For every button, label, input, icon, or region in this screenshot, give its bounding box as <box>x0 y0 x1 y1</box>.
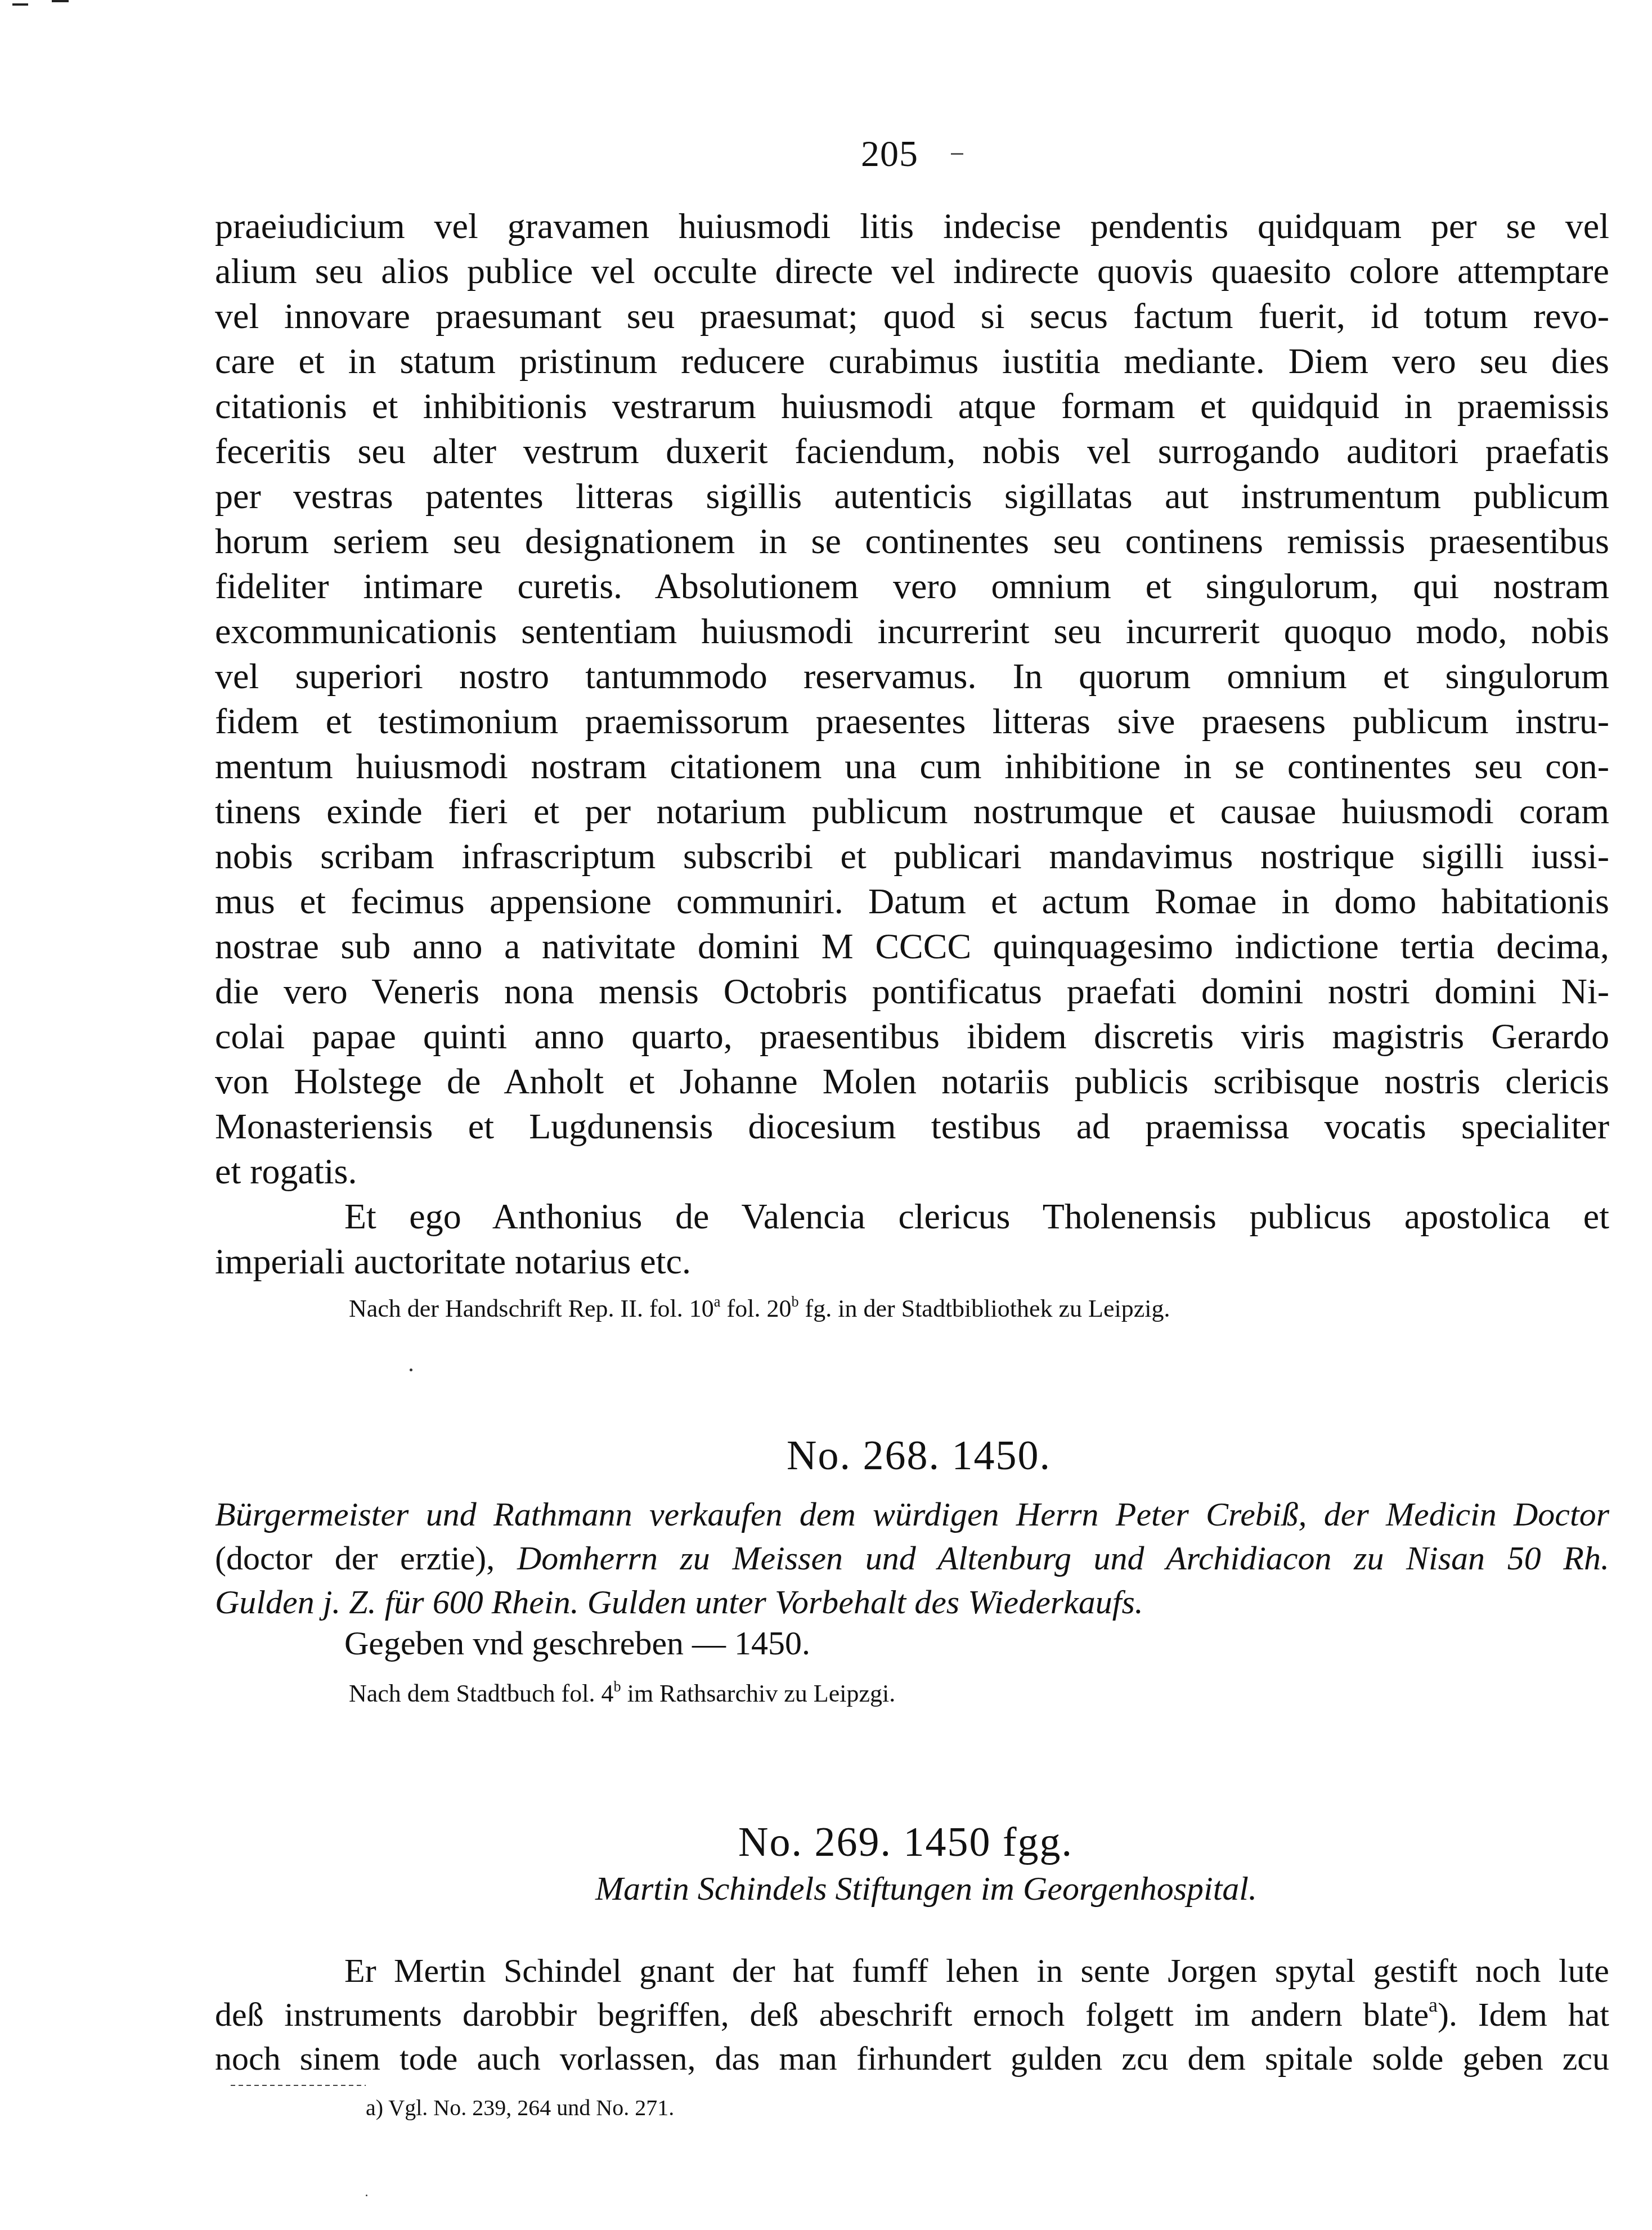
text-line: praeiudicium vel gravamen huiusmodi liti… <box>215 204 1609 249</box>
source-note: Nach der Handschrift Rep. II. fol. 10a f… <box>349 1293 1170 1325</box>
text-line: per vestras patentes litteras sigillis a… <box>215 474 1609 519</box>
text-line: Er Mertin Schindel gnant der hat fumff l… <box>344 1948 1609 1993</box>
text-line: vel innovare praesumant seu praesumat; q… <box>215 294 1609 339</box>
document-page: 205 praeiudicium vel gravamen huiusmodi … <box>0 0 1652 2230</box>
scan-mark <box>12 3 28 6</box>
text-line: mus et fecimus appensione communiri. Dat… <box>215 879 1609 924</box>
footnote-rule <box>231 2085 366 2086</box>
text-line: fideliter intimare curetis. Absolutionem… <box>215 564 1609 609</box>
text-line: colai papae quinti anno quarto, praesent… <box>215 1014 1609 1059</box>
regest-line: Gulden j. Z. für 600 Rhein. Gulden unter… <box>215 1580 1609 1624</box>
regest-line: Bürgermeister und Rathmann verkaufen dem… <box>215 1492 1609 1536</box>
text-line: excommunicationis sententiam huiusmodi i… <box>215 609 1609 654</box>
document-heading: No. 269. 1450 fgg. <box>738 1819 1073 1866</box>
scan-speck <box>410 1368 412 1371</box>
text-line: deß instruments darobbir begriffen, deß … <box>215 1992 1609 2037</box>
text-line: citationis et inhibitionis vestrarum hui… <box>215 384 1609 429</box>
text-line: fidem et testimonium praemissorum praese… <box>215 699 1609 744</box>
footnote: a) Vgl. No. 239, 264 und No. 271. <box>366 2094 674 2121</box>
notary-line: Et ego Anthonius de Valencia clericus Th… <box>344 1194 1609 1239</box>
notary-line: imperiali auctoritate notarius etc. <box>215 1239 1609 1284</box>
text-line: alium seu alios publice vel occulte dire… <box>215 249 1609 294</box>
scan-mark <box>52 0 69 2</box>
text-line: die vero Veneris nona mensis Octobris po… <box>215 969 1609 1014</box>
text-line: tinens exinde fieri et per notarium publ… <box>215 789 1609 834</box>
text-line: noch sinem tode auch vorlassen, das man … <box>215 2036 1609 2081</box>
scan-speck <box>366 2195 367 2196</box>
text-line: von Holstege de Anholt et Johanne Molen … <box>215 1059 1609 1104</box>
text-line: mentum huiusmodi nostram citationem una … <box>215 744 1609 789</box>
text-line: care et in statum pristinum reducere cur… <box>215 339 1609 384</box>
document-subtitle: Martin Schindels Stiftungen im Georgenho… <box>595 1869 1257 1908</box>
document-heading: No. 268. 1450. <box>787 1432 1051 1480</box>
text-line: et rogatis. <box>215 1149 1609 1194</box>
regest-line: (doctor der erztie), Domherrn zu Meissen… <box>215 1536 1609 1580</box>
text-line: horum seriem seu designationem in se con… <box>215 519 1609 564</box>
text-line: nobis scribam infrascriptum subscribi et… <box>215 834 1609 879</box>
source-note: Nach dem Stadtbuch fol. 4b im Rathsarchi… <box>349 1678 895 1709</box>
text-line: nostrae sub anno a nativitate domini M C… <box>215 924 1609 969</box>
text-line: Monasteriensis et Lugdunensis diocesium … <box>215 1104 1609 1149</box>
dated-line: Gegeben vnd geschreben — 1450. <box>344 1621 1609 1666</box>
text-line: feceritis seu alter vestrum duxerit faci… <box>215 429 1609 474</box>
page-number: 205 <box>861 133 918 176</box>
text-line: vel superiori nostro tantummodo reservam… <box>215 654 1609 699</box>
page-number-dash <box>951 153 963 155</box>
